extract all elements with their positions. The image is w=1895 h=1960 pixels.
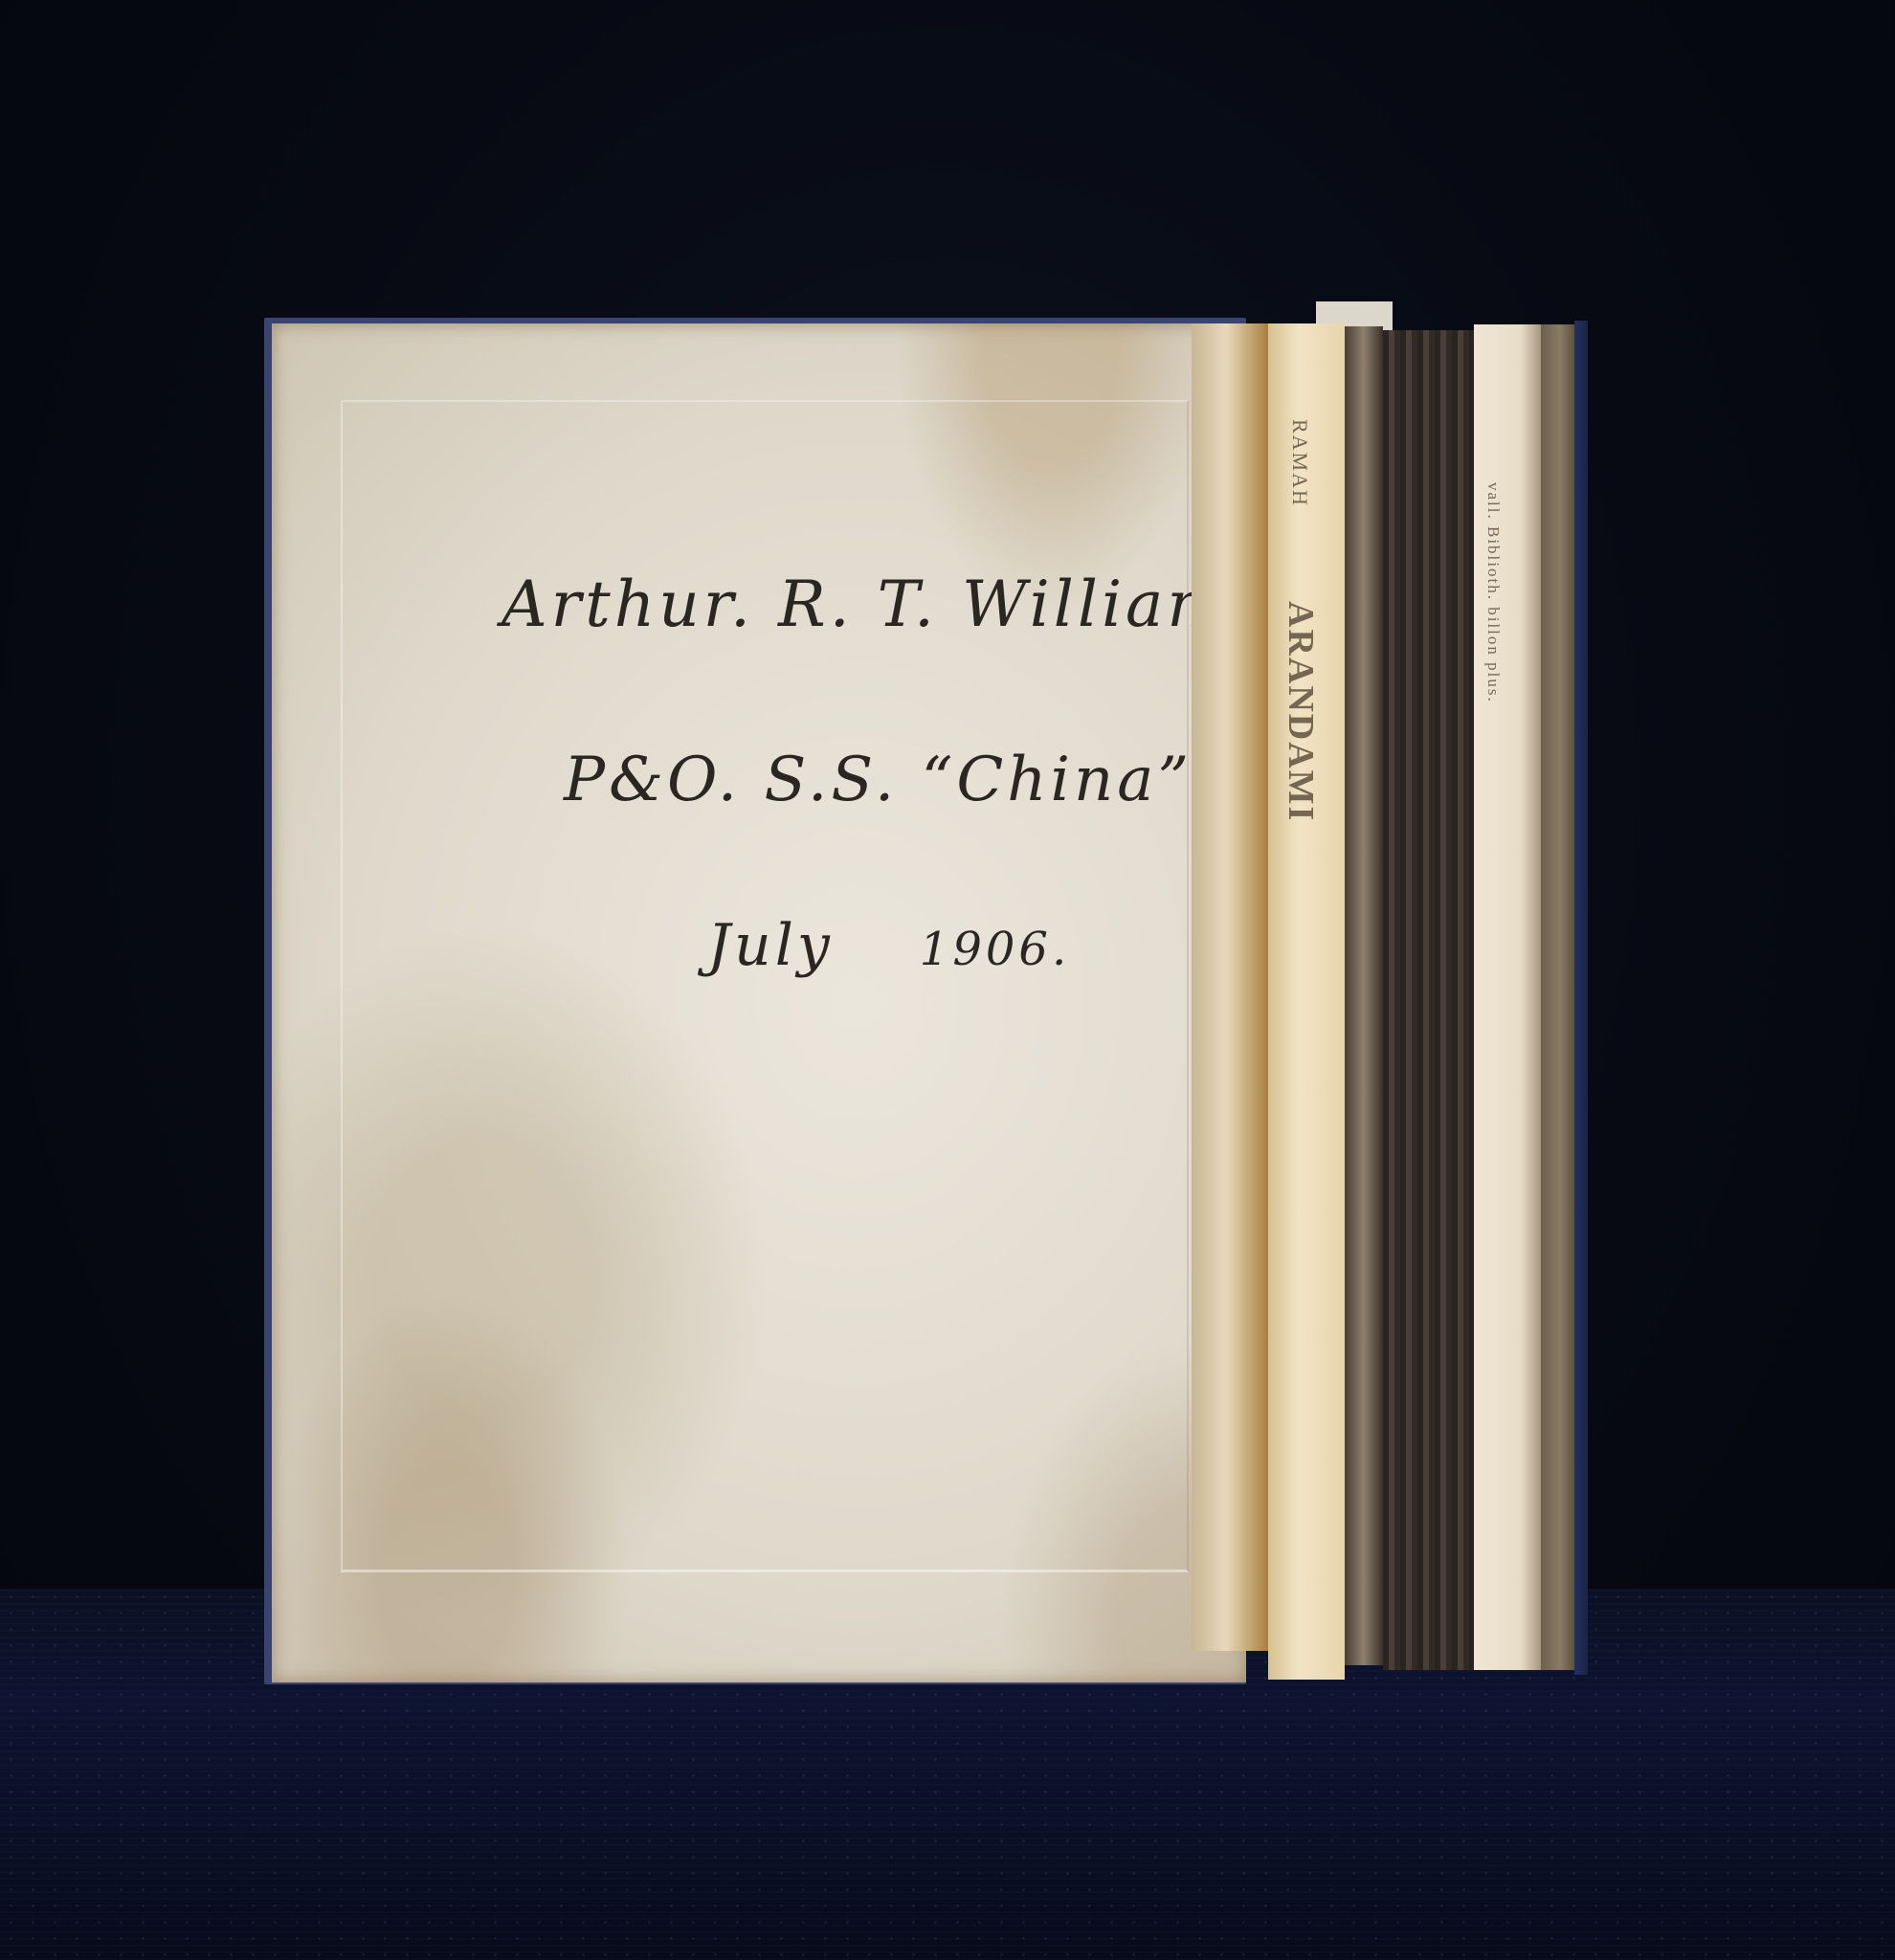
free-endpaper-leaf [1192,323,1268,1651]
title-page-leaf: RAMAH ARANDAMI [1268,323,1345,1680]
page-stack [1383,330,1474,1670]
inscription-year: 1906. [920,923,1070,976]
printed-page-leaf: vall. Biblioth. billon plus. [1474,324,1541,1670]
printed-title-fragment: RAMAH [1287,419,1312,507]
rear-endpaper-leaf [1541,324,1579,1670]
book-text-block: RAMAH ARANDAMI vall. Biblioth. billon pl… [1192,321,1589,1680]
printed-right-fragment: vall. Biblioth. billon plus. [1483,482,1503,703]
inscription-month: July [707,912,834,979]
printed-large-fragment: ARANDAMI [1280,601,1322,822]
shadow-leaf [1345,326,1383,1665]
inscribed-endpaper: Arthur. R. T. Williams P&O. S.S. “China”… [272,323,1246,1682]
back-board-edge [1574,321,1588,1675]
